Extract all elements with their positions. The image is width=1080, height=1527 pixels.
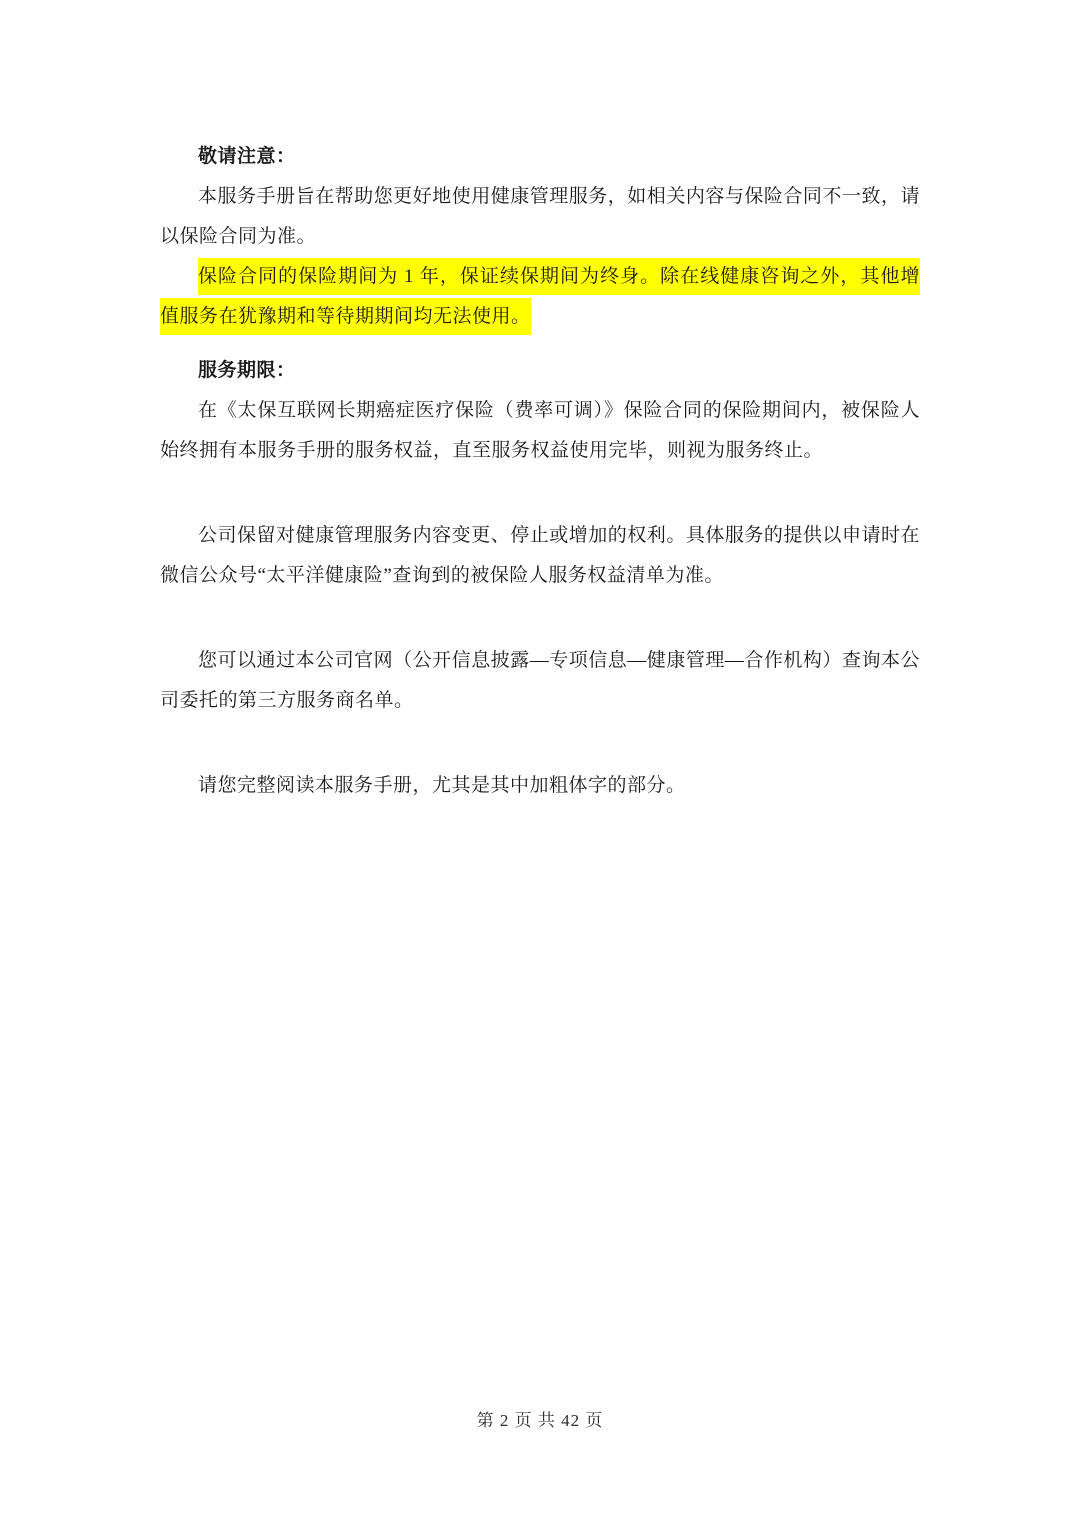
page-number-text: 第 2 页 共 42 页 (477, 1411, 604, 1430)
document-page: 敬请注意： 本服务手册旨在帮助您更好地使用健康管理服务，如相关内容与保险合同不一… (0, 0, 1080, 1527)
paragraph-read-reminder: 请您完整阅读本服务手册，尤其是其中加粗体字的部分。 (160, 766, 920, 806)
paragraph-official-website: 您可以通过本公司官网（公开信息披露—专项信息—健康管理—合作机构）查询本公司委托… (160, 641, 920, 721)
paragraph-highlighted-wrapper: 保险合同的保险期间为 1 年，保证续保期间为终身。除在线健康咨询之外，其他增值服… (160, 257, 920, 337)
document-content: 敬请注意： 本服务手册旨在帮助您更好地使用健康管理服务，如相关内容与保险合同不一… (160, 137, 920, 806)
paragraph-company-rights: 公司保留对健康管理服务内容变更、停止或增加的权利。具体服务的提供以申请时在微信公… (160, 516, 920, 596)
page-footer: 第 2 页 共 42 页 (0, 1408, 1080, 1434)
paragraph-intro: 本服务手册旨在帮助您更好地使用健康管理服务，如相关内容与保险合同不一致，请以保险… (160, 177, 920, 257)
section-heading-service-period: 服务期限： (160, 351, 920, 391)
paragraph-service-period: 在《太保互联网长期癌症医疗保险（费率可调）》保险合同的保险期间内，被保险人始终拥… (160, 391, 920, 471)
highlighted-text: 保险合同的保险期间为 1 年，保证续保期间为终身。除在线健康咨询之外，其他增值服… (160, 258, 920, 335)
section-heading-notice: 敬请注意： (160, 137, 920, 177)
